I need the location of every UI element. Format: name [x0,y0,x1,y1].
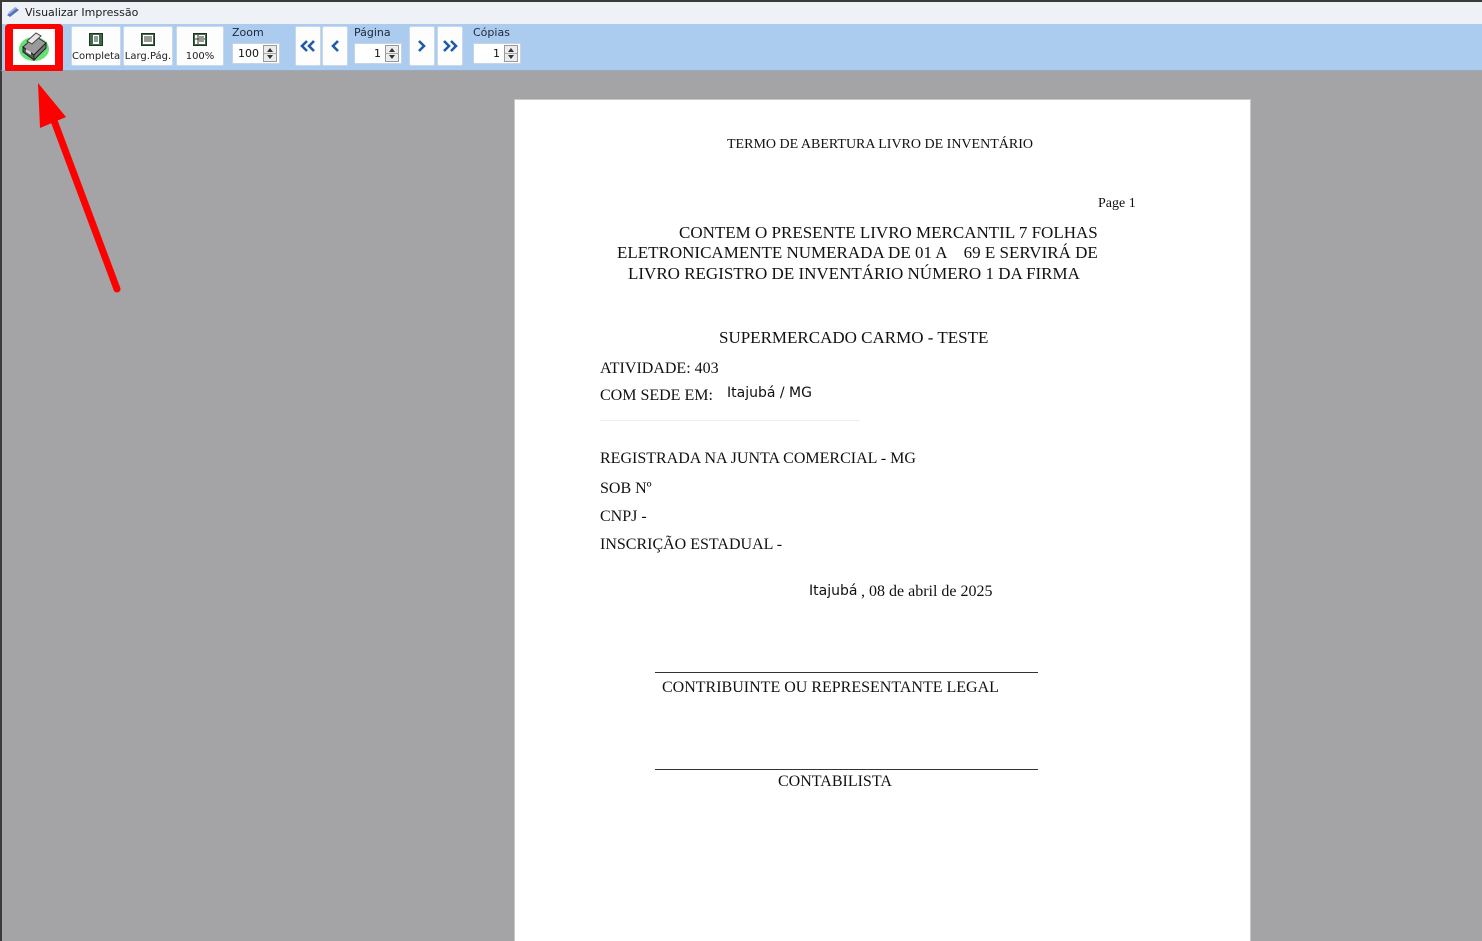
state-registration: INSCRIÇÃO ESTADUAL - [600,536,782,554]
signature-line-1 [655,672,1038,673]
intro-line-1: CONTEM O PRESENTE LIVRO MERCANTIL 7 FOLH… [679,223,1098,243]
cnpj: CNPJ - [600,508,647,526]
first-page-button[interactable] [295,26,321,66]
printer-preview-icon [6,6,20,18]
page-width-button[interactable]: Larg.Pág. [123,26,173,66]
full-page-label: Completa [72,51,120,62]
previous-page-button[interactable] [322,26,348,66]
zoom-value[interactable]: 100 [238,47,259,60]
printer-icon [11,27,57,67]
double-chevron-left-icon [300,40,316,52]
signature-line-2 [655,769,1038,770]
zoom-spin-arrows[interactable] [263,45,277,62]
zoom-label: Zoom [232,26,264,39]
date-city: Itajubá [809,583,857,599]
page-label: Página [354,26,391,39]
actual-size-label: 100% [177,51,223,62]
last-page-button[interactable] [437,26,463,66]
copies-stepper[interactable]: 1 [473,43,521,64]
seat-label: COM SEDE EM: [600,387,713,405]
copies-spin-arrows[interactable] [504,45,518,62]
company-name: SUPERMERCADO CARMO - TESTE [719,328,988,348]
signature-label-2: CONTABILISTA [778,773,892,791]
signature-label-1: CONTRIBUINTE OU REPRESENTANTE LEGAL [662,679,999,697]
window-title: Visualizar Impressão [25,6,138,19]
print-button[interactable] [5,24,63,73]
next-page-button[interactable] [409,26,435,66]
double-chevron-right-icon [442,40,458,52]
page-width-icon [141,33,155,46]
page-spin-arrows[interactable] [385,45,399,62]
intro-line-3: LIVRO REGISTRO DE INVENTÁRIO NÚMERO 1 DA… [628,264,1080,284]
document-page: TERMO DE ABERTURA LIVRO DE INVENTÁRIO Pa… [514,99,1251,941]
date-text: , 08 de abril de 2025 [861,583,993,601]
copies-label: Cópias [473,26,510,39]
copies-value[interactable]: 1 [493,47,500,60]
sob-number: SOB Nº [600,480,652,498]
actual-size-icon [193,33,207,46]
full-page-icon [89,33,103,46]
window-title-bar: Visualizar Impressão [0,0,1482,24]
page-width-label: Larg.Pág. [124,51,172,62]
actual-size-button[interactable]: 100% [176,26,224,66]
intro-line-2: ELETRONICAMENTE NUMERADA DE 01 A 69 E SE… [617,243,1098,263]
document-heading: TERMO DE ABERTURA LIVRO DE INVENTÁRIO [727,137,1033,153]
chevron-left-icon [330,40,340,52]
faint-divider [600,420,860,421]
registry: REGISTRADA NA JUNTA COMERCIAL - MG [600,450,916,468]
page-number: Page 1 [1098,196,1136,212]
chevron-right-icon [417,40,427,52]
page-value[interactable]: 1 [374,47,381,60]
zoom-stepper[interactable]: 100 [232,43,280,64]
seat-value: Itajubá / MG [727,385,812,401]
activity: ATIVIDADE: 403 [600,360,719,378]
page-stepper[interactable]: 1 [354,43,402,64]
full-page-button[interactable]: Completa [71,26,121,66]
